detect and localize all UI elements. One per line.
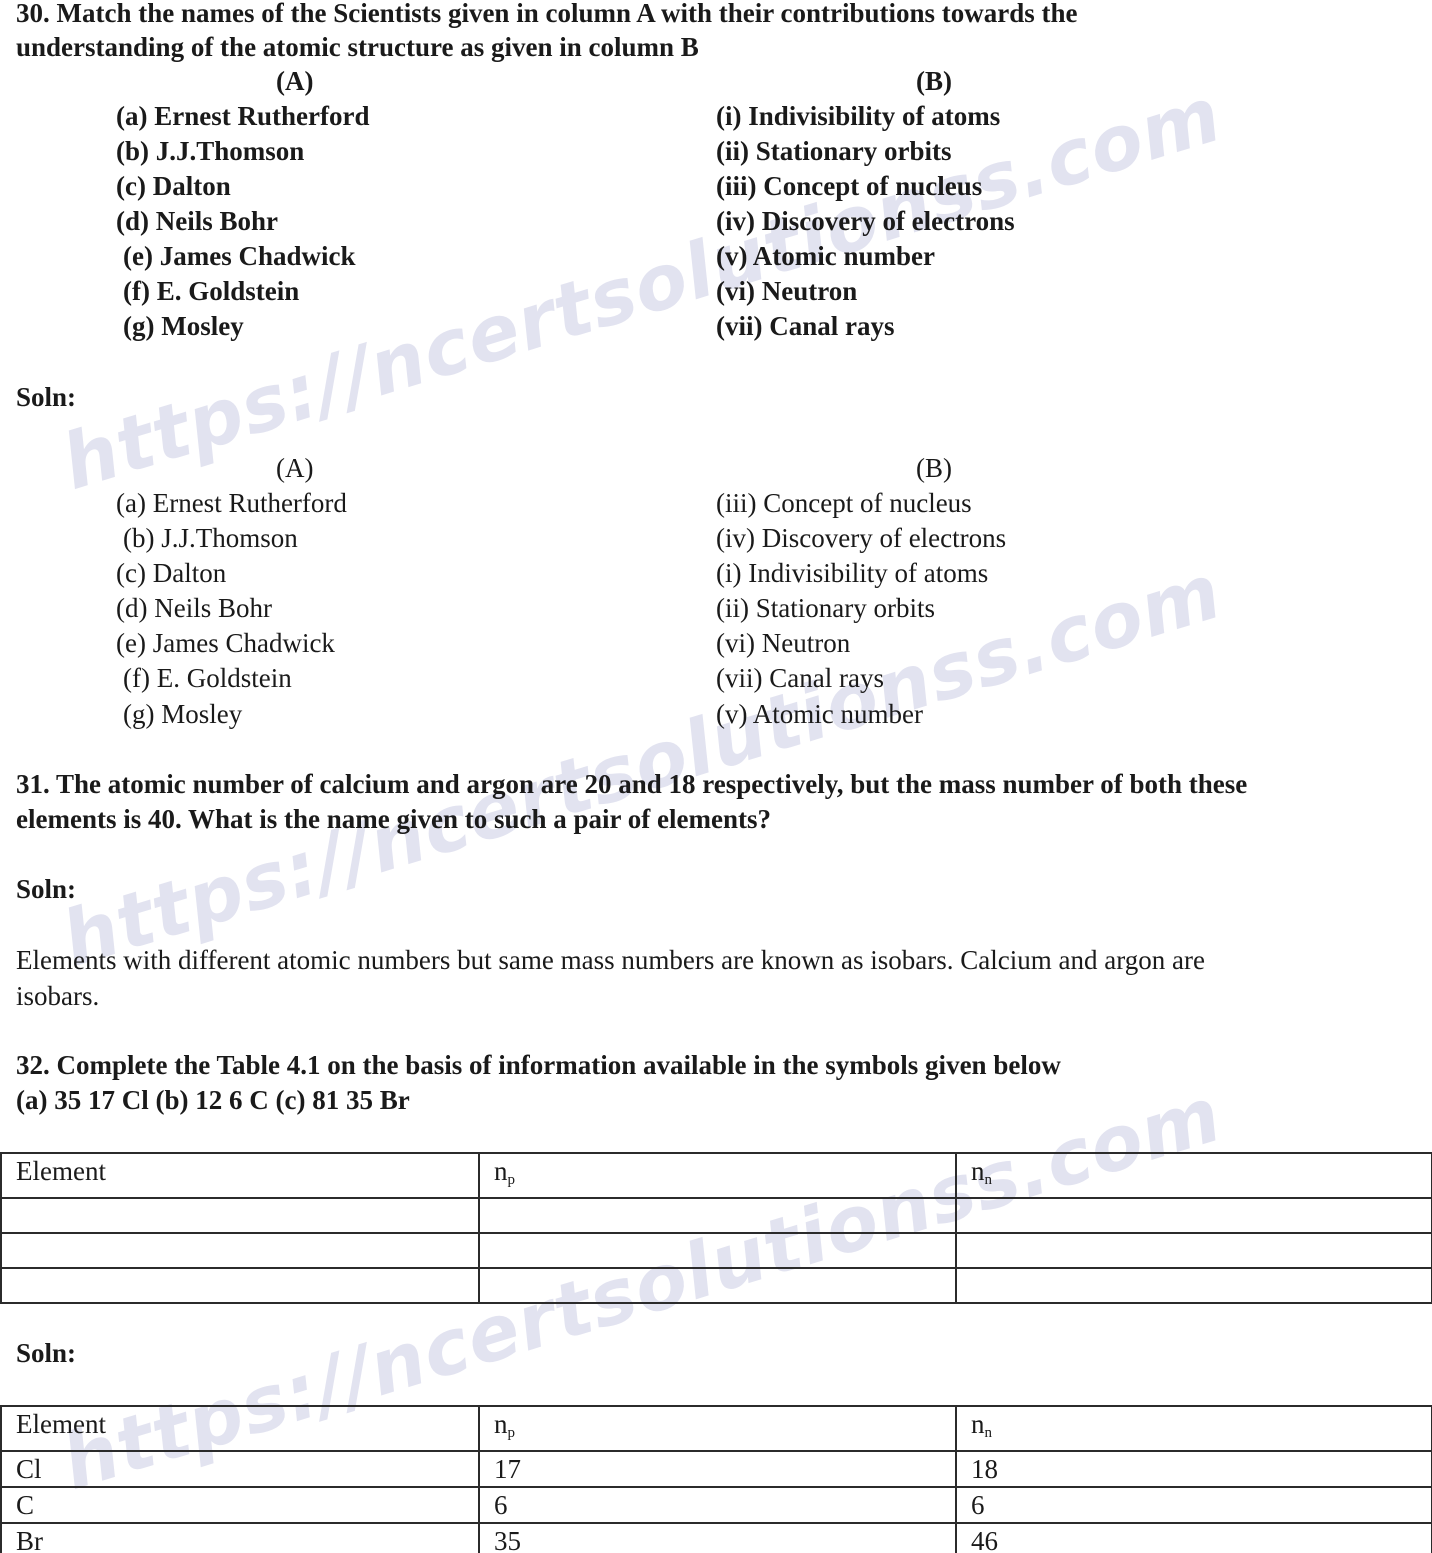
table-cell bbox=[956, 1233, 1432, 1268]
table-row bbox=[1, 1268, 1432, 1303]
document-page: https://ncertsolutionss.com https://ncer… bbox=[0, 0, 1432, 1553]
list-item: (vii) Canal rays bbox=[716, 309, 895, 344]
table-header-cell: np bbox=[479, 1153, 956, 1198]
list-item: (iii) Concept of nucleus bbox=[716, 169, 982, 204]
q31-question: 31. The atomic number of calcium and arg… bbox=[16, 767, 1247, 802]
table-cell-nn: 18 bbox=[956, 1451, 1432, 1487]
list-item: (vi) Neutron bbox=[716, 626, 850, 661]
table-cell-element: Br bbox=[1, 1523, 479, 1553]
table-cell bbox=[1, 1268, 479, 1303]
table-cell-np: 17 bbox=[479, 1451, 956, 1487]
table-cell-np: 6 bbox=[479, 1487, 956, 1523]
list-item: (g) Mosley bbox=[123, 697, 242, 732]
q30-question: 30. Match the names of the Scientists gi… bbox=[16, 0, 1078, 31]
list-item: (d) Neils Bohr bbox=[116, 204, 278, 239]
table-cell bbox=[1, 1198, 479, 1233]
list-item: (ii) Stationary orbits bbox=[716, 591, 935, 626]
q30-question-line2: understanding of the atomic structure as… bbox=[16, 30, 699, 65]
table-header-cell: np bbox=[479, 1406, 956, 1451]
q32-blank-table: Element np nn bbox=[0, 1152, 1432, 1304]
table-cell-np: 35 bbox=[479, 1523, 956, 1553]
table-cell-element: Cl bbox=[1, 1451, 479, 1487]
table-header-cell: nn bbox=[956, 1406, 1432, 1451]
table-cell bbox=[479, 1233, 956, 1268]
table-cell bbox=[1, 1233, 479, 1268]
q31-answer-line2: isobars. bbox=[16, 978, 99, 1014]
list-item: (iv) Discovery of electrons bbox=[716, 204, 1015, 239]
q31-soln-label: Soln: bbox=[16, 872, 76, 907]
list-item: (c) Dalton bbox=[116, 556, 226, 591]
table-cell bbox=[956, 1268, 1432, 1303]
table-cell-element: C bbox=[1, 1487, 479, 1523]
list-item: (v) Atomic number bbox=[716, 239, 935, 274]
q30-soln-label: Soln: bbox=[16, 380, 76, 415]
table-row bbox=[1, 1233, 1432, 1268]
q32-question-line2: (a) 35 17 Cl (b) 12 6 C (c) 81 35 Br bbox=[16, 1083, 410, 1118]
list-item: (v) Atomic number bbox=[716, 697, 923, 732]
list-item: (i) Indivisibility of atoms bbox=[716, 556, 988, 591]
q30-answer-col-b-header: (B) bbox=[916, 451, 952, 486]
list-item: (b) J.J.Thomson bbox=[123, 521, 298, 556]
table-header-row: Element np nn bbox=[1, 1406, 1432, 1451]
q30-answer-col-a-header: (A) bbox=[276, 451, 313, 486]
list-item: (vii) Canal rays bbox=[716, 661, 884, 696]
table-header-row: Element np nn bbox=[1, 1153, 1432, 1198]
q32-answer-table: Element np nn Cl 17 18 C 6 6 Br 35 46 bbox=[0, 1405, 1432, 1553]
table-header-cell: Element bbox=[1, 1153, 479, 1198]
q32-soln-label: Soln: bbox=[16, 1336, 76, 1371]
table-row bbox=[1, 1198, 1432, 1233]
list-item: (b) J.J.Thomson bbox=[116, 134, 304, 169]
list-item: (f) E. Goldstein bbox=[123, 274, 299, 309]
list-item: (i) Indivisibility of atoms bbox=[716, 99, 1000, 134]
list-item: (e) James Chadwick bbox=[116, 626, 335, 661]
list-item: (vi) Neutron bbox=[716, 274, 857, 309]
list-item: (a) Ernest Rutherford bbox=[116, 486, 347, 521]
list-item: (iii) Concept of nucleus bbox=[716, 486, 972, 521]
table-row: Br 35 46 bbox=[1, 1523, 1432, 1553]
table-header-cell: Element bbox=[1, 1406, 479, 1451]
table-cell-nn: 46 bbox=[956, 1523, 1432, 1553]
list-item: (e) James Chadwick bbox=[123, 239, 355, 274]
q30-col-b-header: (B) bbox=[916, 64, 952, 99]
q30-col-a-header: (A) bbox=[276, 64, 313, 99]
table-cell bbox=[479, 1198, 956, 1233]
list-item: (d) Neils Bohr bbox=[116, 591, 272, 626]
table-cell bbox=[479, 1268, 956, 1303]
list-item: (a) Ernest Rutherford bbox=[116, 99, 369, 134]
q32-question: 32. Complete the Table 4.1 on the basis … bbox=[16, 1048, 1061, 1083]
list-item: (iv) Discovery of electrons bbox=[716, 521, 1006, 556]
q31-question-line2: elements is 40. What is the name given t… bbox=[16, 802, 771, 837]
list-item: (c) Dalton bbox=[116, 169, 231, 204]
q31-answer: Elements with different atomic numbers b… bbox=[16, 942, 1205, 978]
list-item: (f) E. Goldstein bbox=[123, 661, 292, 696]
list-item: (g) Mosley bbox=[123, 309, 244, 344]
list-item: (ii) Stationary orbits bbox=[716, 134, 952, 169]
table-header-cell: nn bbox=[956, 1153, 1432, 1198]
table-row: C 6 6 bbox=[1, 1487, 1432, 1523]
table-cell bbox=[956, 1198, 1432, 1233]
table-cell-nn: 6 bbox=[956, 1487, 1432, 1523]
table-row: Cl 17 18 bbox=[1, 1451, 1432, 1487]
